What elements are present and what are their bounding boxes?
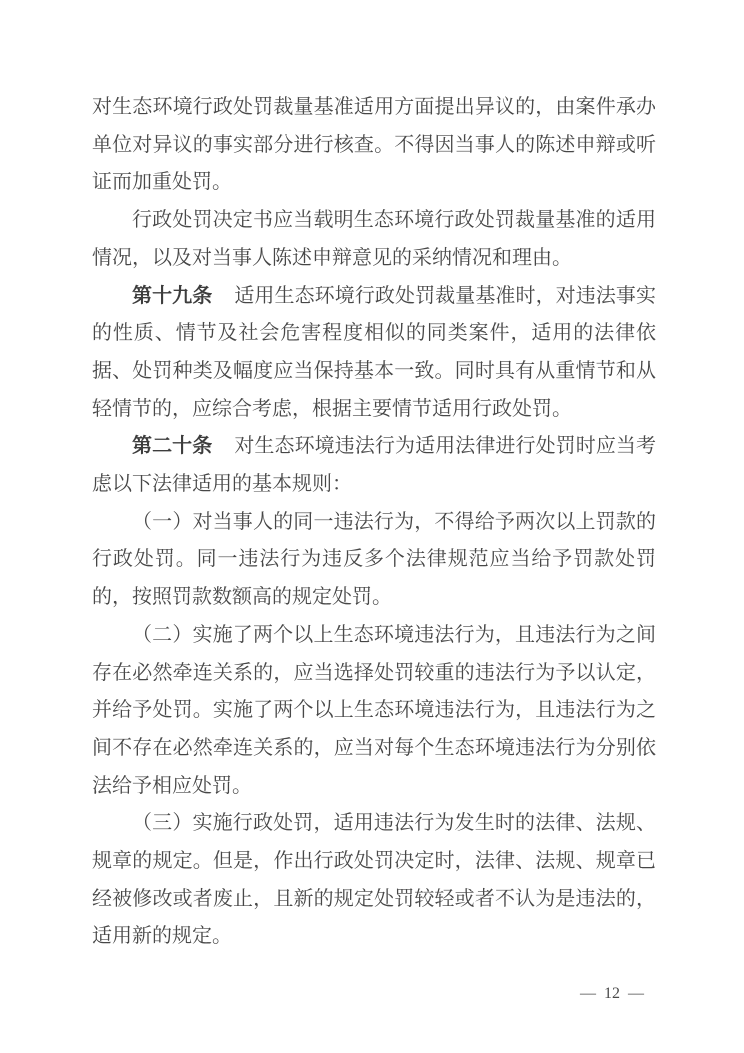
paragraph-item-2: （二）实施了两个以上生态环境违法行为，且违法行为之间存在必然牵连关系的，应当选择…	[92, 617, 656, 806]
paragraph-article-19: 第十九条适用生态环境行政处罚裁量基准时，对违法事实的性质、情节及社会危害程度相似…	[92, 278, 656, 429]
document-page: 对生态环境行政处罚裁量基准适用方面提出异议的，由案件承办单位对异议的事实部分进行…	[0, 0, 744, 1053]
document-body: 对生态环境行政处罚裁量基准适用方面提出异议的，由案件承办单位对异议的事实部分进行…	[92, 89, 656, 956]
article-19-heading: 第十九条	[132, 285, 212, 307]
paragraph-item-1: （一）对当事人的同一违法行为，不得给予两次以上罚款的行政处罚。同一违法行为违反多…	[92, 504, 656, 617]
paragraph-decision-record: 行政处罚决定书应当载明生态环境行政处罚裁量基准的适用情况，以及对当事人陈述申辩意…	[92, 202, 656, 277]
page-number: — 12 —	[560, 984, 664, 1004]
paragraph-continuation: 对生态环境行政处罚裁量基准适用方面提出异议的，由案件承办单位对异议的事实部分进行…	[92, 89, 656, 202]
paragraph-item-3: （三）实施行政处罚，适用违法行为发生时的法律、法规、规章的规定。但是，作出行政处…	[92, 805, 656, 956]
paragraph-article-20: 第二十条对生态环境违法行为适用法律进行处罚时应当考虑以下法律适用的基本规则：	[92, 428, 656, 503]
article-20-heading: 第二十条	[132, 435, 212, 457]
